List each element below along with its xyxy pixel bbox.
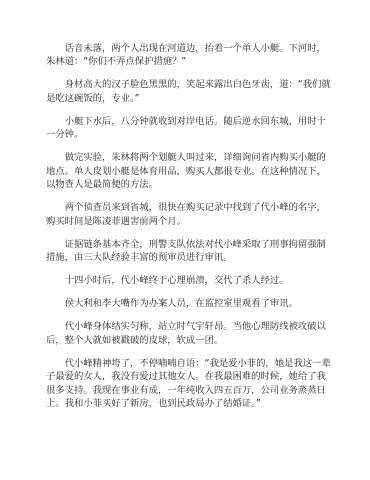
text-line: 话音未落，两个人出现在河道边，抬着一个单人小艇。下河时， xyxy=(46,42,328,55)
paragraph-9: 代小峰身体结实匀称，站立时气宇轩昂。当他心理防线被攻破以 后，整个人就如被戳破的… xyxy=(46,320,328,347)
paragraph-1: 话音未落，两个人出现在河道边，抬着一个单人小艇。下河时， 朱林道：“你们不弄点保… xyxy=(46,42,328,69)
text-line: 两个侦查员来到省城，很快在购买记录中找到了代小峰的名字， xyxy=(46,201,328,214)
text-line: 措施，由三大队经验丰富的预审员进行审讯。 xyxy=(46,251,328,264)
text-line: 小艇下水后，八分钟就收到对岸电话。随后逆水回东城，用时十 xyxy=(46,115,328,128)
paragraph-10: 代小峰精神垮了，不停喃喃自语：“我是爱小菲的，她是我这一辈 子最爱的女人，我没有… xyxy=(46,357,328,411)
text-line: 上。我和小菲买好了新房，也到民政局办了结婚证。” xyxy=(46,397,328,410)
paragraph-4: 做完实验，朱林将两个划艇人叫过来，详细询问省内购买小艇的 地点。单人皮划小艇是体… xyxy=(46,151,328,191)
text-line: 身材高大的汉子脸色黑黑的，笑起来露出白色牙齿，道：“我们就 xyxy=(46,78,328,91)
text-line: 十四小时后，代小峰终于心理崩溃，交代了杀人经过。 xyxy=(46,274,328,287)
text-line: 后，整个人就如被戳破的皮球，软成一团。 xyxy=(46,334,328,347)
text-line: 一分钟。 xyxy=(46,128,328,141)
text-line: 地点。单人皮划小艇是体育用品，购买人都很专业。在这种情况下， xyxy=(46,165,328,178)
text-line: 是吃这碗饭的，专业。” xyxy=(46,92,328,105)
text-line: 朱林道：“你们不弄点保护措施？” xyxy=(46,55,328,68)
text-line: 证据链条基本齐全，刑警支队依法对代小峰采取了刑事拘留强制 xyxy=(46,238,328,251)
text-line: 代小峰身体结实匀称，站立时气宇轩昂。当他心理防线被攻破以 xyxy=(46,320,328,333)
text-line: 侯大利和李大嘴作为办案人员，在监控室里观看了审讯。 xyxy=(46,297,328,310)
paragraph-3: 小艇下水后，八分钟就收到对岸电话。随后逆水回东城，用时十 一分钟。 xyxy=(46,115,328,142)
text-line: 代小峰精神垮了，不停喃喃自语：“我是爱小菲的，她是我这一辈 xyxy=(46,357,328,370)
paragraph-6: 证据链条基本齐全，刑警支队依法对代小峰采取了刑事拘留强制 措施，由三大队经验丰富… xyxy=(46,238,328,265)
paragraph-8: 侯大利和李大嘴作为办案人员，在监控室里观看了审讯。 xyxy=(46,297,328,310)
paragraph-5: 两个侦查员来到省城，很快在购买记录中找到了代小峰的名字， 购买时间是陈凌菲遇害前… xyxy=(46,201,328,228)
paragraph-7: 十四小时后，代小峰终于心理崩溃，交代了杀人经过。 xyxy=(46,274,328,287)
text-line: 以物查人是最简便的方法。 xyxy=(46,178,328,191)
text-line: 购买时间是陈凌菲遇害前两个月。 xyxy=(46,215,328,228)
text-line: 做完实验，朱林将两个划艇人叫过来，详细询问省内购买小艇的 xyxy=(46,151,328,164)
paragraph-2: 身材高大的汉子脸色黑黑的，笑起来露出白色牙齿，道：“我们就 是吃这碗饭的，专业。… xyxy=(46,78,328,105)
text-line: 很多支持。我现在事业有成，一年纯收入四五百万，公司业务蒸蒸日 xyxy=(46,384,328,397)
text-line: 子最爱的女人，我没有爱过其他女人。在我最困难的时候，她给了我 xyxy=(46,370,328,383)
document-page: 话音未落，两个人出现在河道边，抬着一个单人小艇。下河时， 朱林道：“你们不弄点保… xyxy=(46,42,328,420)
